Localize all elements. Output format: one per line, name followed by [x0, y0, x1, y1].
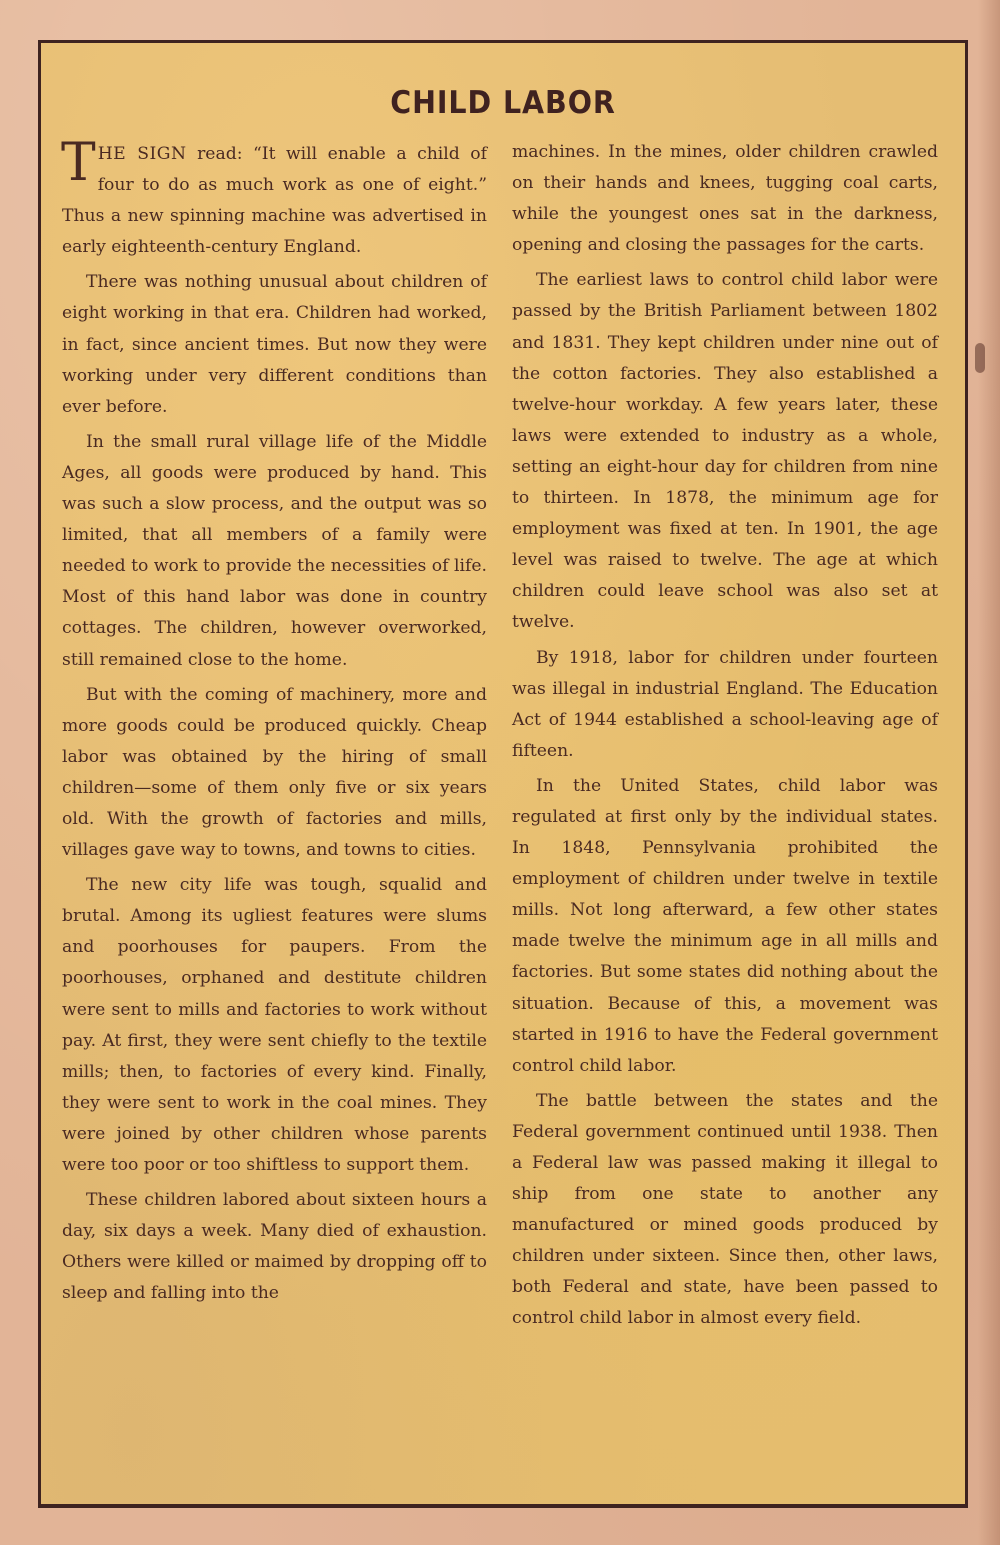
paragraph: In the small rural village life of the M…	[62, 427, 487, 676]
page-edge-shadow	[978, 0, 1000, 1545]
paragraph: The new city life was tough, squalid and…	[62, 870, 487, 1181]
paragraph: There was nothing unusual about children…	[62, 267, 487, 422]
right-column: machines. In the mines, older children c…	[512, 137, 938, 1335]
left-column: THE SIGN read: “It will enable a child o…	[62, 139, 487, 1309]
paragraph: In the United States, child labor was re…	[512, 771, 938, 1082]
paragraph: The earliest laws to control child labor…	[512, 265, 938, 638]
drop-cap: T	[61, 141, 96, 185]
article-panel: CHILD LABOR THE SIGN read: “It will enab…	[38, 40, 968, 1508]
paragraph: By 1918, labor for children under fourte…	[512, 643, 938, 767]
paragraph: These children labored about sixteen hou…	[62, 1185, 487, 1309]
article-title: CHILD LABOR	[78, 85, 928, 121]
paragraph: But with the coming of machinery, more a…	[62, 680, 487, 867]
continued-paragraph: machines. In the mines, older children c…	[512, 137, 938, 261]
lead-caps: HE SIGN	[98, 144, 187, 164]
ink-stain	[975, 343, 985, 373]
paragraph: The battle between the states and the Fe…	[512, 1086, 938, 1335]
opening-paragraph: THE SIGN read: “It will enable a child o…	[62, 139, 487, 263]
